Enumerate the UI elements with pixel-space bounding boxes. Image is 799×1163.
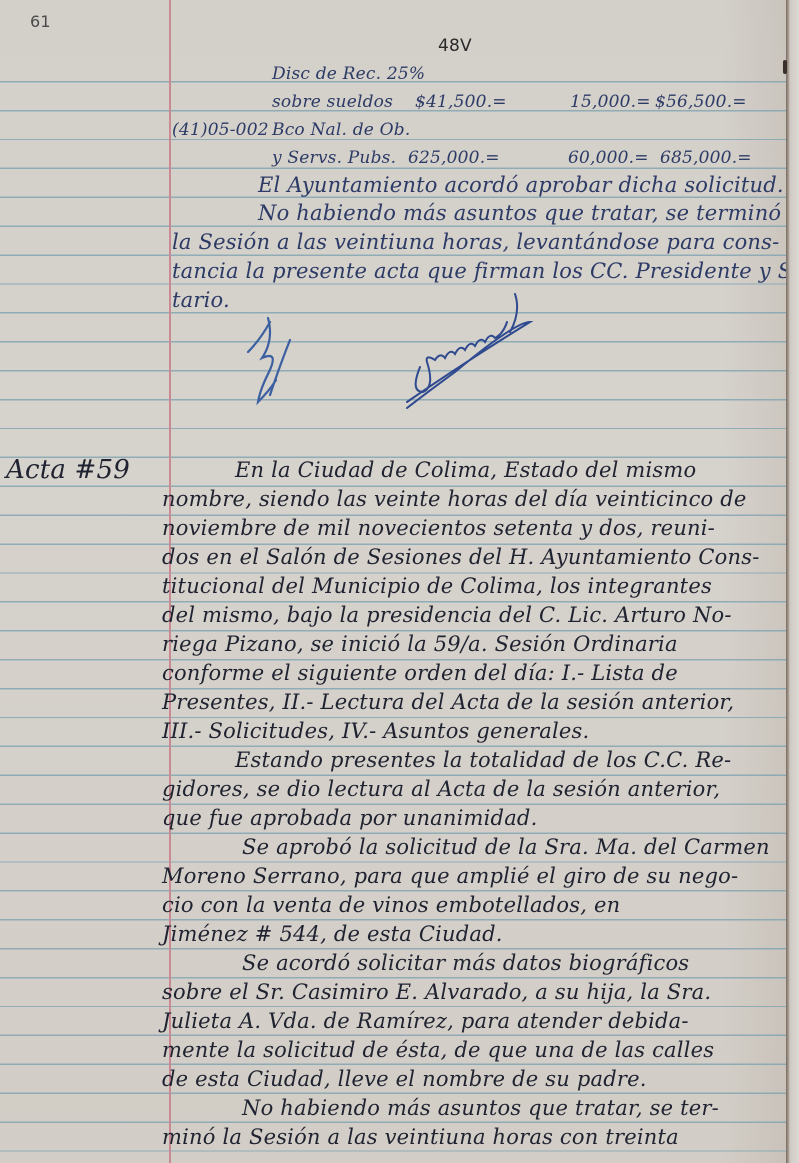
entry-1-label-line1: Disc de Rec. 25% (272, 64, 425, 84)
acta-line: mente la solicitud de ésta, de que una d… (162, 1038, 714, 1062)
closing-line-1: El Ayuntamiento acordó aprobar dicha sol… (258, 173, 784, 197)
acta-line: Moreno Serrano, para que amplié el giro … (162, 864, 738, 888)
acta-line: riega Pizano, se inició la 59/a. Sesión … (162, 632, 678, 656)
pencil-mark: 61 (30, 12, 51, 31)
acta-line: noviembre de mil novecientos setenta y d… (162, 516, 715, 540)
entry-1-amount2: 15,000.= (570, 92, 651, 112)
acta-line: Se acordó solicitar más datos biográfico… (242, 951, 689, 975)
acta-line: gidores, se dio lectura al Acta de la se… (162, 777, 720, 801)
ledger-page: 61 48V Disc de Rec. 25% sobre sueldos $4… (0, 0, 786, 1163)
acta-line: que fue aprobada por unanimidad. (162, 806, 537, 830)
acta-line: cio con la venta de vinos embotellados, … (162, 893, 620, 917)
entry-2-amount1: 625,000.= (408, 148, 500, 168)
acta-line: del mismo, bajo la presidencia del C. Li… (162, 603, 732, 627)
acta-line: titucional del Municipio de Colima, los … (162, 574, 712, 598)
entry-1-total: $56,500.= (655, 92, 747, 112)
acta-line: dos en el Salón de Sesiones del H. Ayunt… (162, 545, 760, 569)
acta-line: Estando presentes la totalidad de los C.… (235, 748, 731, 772)
closing-line-5: tario. (172, 288, 230, 312)
acta-line: Se aprobó la solicitud de la Sra. Ma. de… (242, 835, 770, 859)
acta-line: Julieta A. Vda. de Ramírez, para atender… (162, 1009, 689, 1033)
closing-line-4: tancia la presente acta que firman los C… (172, 259, 786, 283)
acta-line: No habiendo más asuntos que tratar, se t… (242, 1096, 719, 1120)
acta-line: de esta Ciudad, lleve el nombre de su pa… (162, 1067, 647, 1091)
entry-2-label-line1: Bco Nal. de Ob. (272, 120, 410, 140)
acta-line: minó la Sesión a las veintiuna horas con… (162, 1125, 679, 1149)
acta-line: En la Ciudad de Colima, Estado del mismo (235, 458, 696, 482)
acta-line: conforme el siguiente orden del día: I.-… (162, 661, 678, 685)
acta-line: sobre el Sr. Casimiro E. Alvarado, a su … (162, 980, 711, 1004)
ink-spot (783, 60, 787, 74)
closing-line-3: la Sesión a las veintiuna horas, levantá… (172, 230, 779, 254)
folio-number: 48V (438, 36, 472, 56)
entry-2-code: (41)05-002 (172, 120, 269, 140)
entry-1-amount1: $41,500.= (415, 92, 507, 112)
entry-2-amount2: 60,000.= (568, 148, 649, 168)
acta-line: III.- Solicitudes, IV.- Asuntos generale… (162, 719, 589, 743)
entry-1-label-line2: sobre sueldos (272, 92, 393, 112)
page-edge (786, 0, 799, 1163)
acta-line: nombre, siendo las veinte horas del día … (162, 487, 747, 511)
entry-2-total: 685,000.= (660, 148, 752, 168)
signature-secretary (395, 282, 540, 422)
acta-line: Presentes, II.- Lectura del Acta de la s… (162, 690, 734, 714)
entry-2-label-line2: y Servs. Pubs. (272, 148, 396, 168)
acta-margin-label: Acta #59 (6, 455, 130, 485)
acta-line: Jiménez # 544, de esta Ciudad. (162, 922, 503, 946)
signature-president (240, 310, 330, 410)
closing-line-2: No habiendo más asuntos que tratar, se t… (258, 201, 786, 225)
